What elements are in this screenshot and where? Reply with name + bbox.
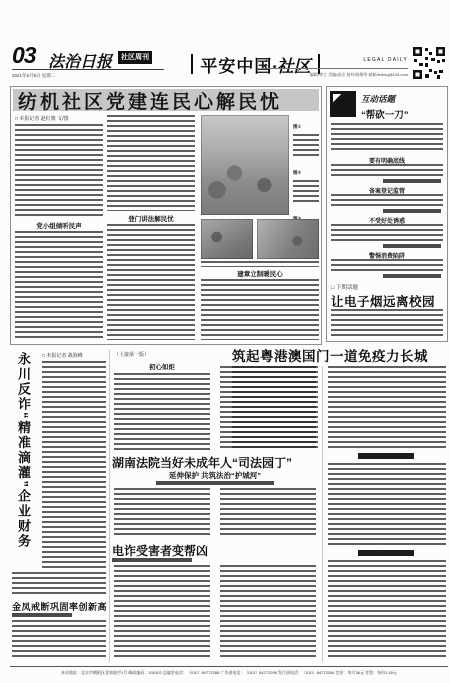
text-block (12, 572, 106, 596)
banner-bar-left-icon (191, 54, 193, 74)
text-block (331, 123, 443, 153)
lead-subhead-2: 登门讲法解民忧 (107, 214, 195, 223)
text-block (114, 488, 210, 536)
text-block (328, 560, 446, 660)
caption-marker-1: 图① (293, 124, 301, 129)
topic-stamp-icon (330, 91, 356, 117)
column-rule (322, 366, 323, 662)
photo-caption: 图① (293, 115, 319, 156)
english-name: LEGAL DAILY (352, 57, 408, 63)
byline-line (12, 613, 72, 617)
guomen-subhead-bar (358, 550, 414, 556)
text-block (107, 115, 195, 211)
guomen-subhead-bar (358, 453, 414, 459)
lead-subhead-1: 党小组倾听民声 (15, 221, 103, 230)
lead-photo-small-1 (201, 219, 253, 259)
dianzha-headline: 电诈受害者变帮凶 (112, 542, 208, 559)
lead-headline-band: 纺机社区党建连民心解民忧 (13, 89, 319, 111)
continuation-subhead: 初心如炬 (114, 362, 210, 371)
lead-photo-small-2 (257, 219, 319, 259)
edition-badge: 社区周刊 (118, 51, 152, 64)
photo-caption-line (201, 261, 319, 267)
yongchuan-byline: □ 本报记者 战海峰 (42, 352, 83, 359)
photo-caption: 图② (293, 161, 319, 202)
lead-photo-large (201, 115, 289, 215)
text-block (331, 259, 443, 272)
editor-line: 编辑/李立 美编/高岳 校对/陈维华 邮箱/fzrbsq@126.com (240, 72, 408, 78)
text-block (328, 463, 446, 547)
guomen-headline: 筑起粤港澳国门一道免疫力长城 (232, 345, 428, 365)
masthead-rule (12, 69, 164, 70)
newspaper-page: 03 法治日报 社区周刊 2021年6月8日 星期二 平安中国 ·社区 LEGA… (0, 0, 450, 683)
hunan-headline: 湖南法院当好未成年人“司法园丁” (112, 454, 292, 471)
text-block (232, 366, 318, 450)
next-topic-label: □ 下期话题 (331, 283, 358, 291)
jinfeng-headline: 金凤戒断巩固率创新高 (12, 600, 107, 613)
text-block (328, 366, 446, 450)
date-line: 2021年6月8日 星期二 (12, 73, 55, 79)
text-block (15, 124, 103, 218)
banner-bar-right-icon (318, 54, 320, 74)
text-block (331, 309, 443, 338)
attribution-line (383, 209, 441, 213)
footer-rule (10, 666, 448, 667)
next-topic-title: 让电子烟远离校园 (331, 292, 435, 310)
yongchuan-headline: 永川反诈“精准滴灌”企业财务 (12, 352, 34, 570)
text-block (293, 180, 319, 202)
editor-rule (262, 68, 408, 69)
attribution-line (383, 244, 441, 248)
text-block (331, 224, 443, 242)
photo-caption-column: 图① 图② 图③ (293, 115, 319, 215)
page-number: 03 (12, 42, 36, 69)
continuation-marker: （上接第一版） (114, 351, 149, 358)
text-block (220, 565, 316, 660)
qr-code-icon (412, 46, 446, 80)
attribution-line (383, 179, 441, 183)
attribution-line (383, 274, 441, 278)
caption-marker-2: 图② (293, 170, 301, 175)
lead-byline: □ 本报记者 赵红旗 文/图 (15, 115, 69, 122)
text-block (42, 361, 106, 568)
hunan-kicker: 延伸保护 共筑法治“护城河” (112, 470, 318, 481)
text-block (220, 488, 316, 536)
text-block (293, 134, 319, 156)
column-rule (109, 350, 110, 662)
lead-subhead-3: 建章立制暖民心 (201, 269, 319, 278)
text-block (107, 224, 195, 340)
text-block (15, 231, 103, 340)
byline-line (156, 481, 274, 485)
byline-line (112, 558, 192, 562)
text-block (331, 194, 443, 207)
topic-title: “帮砍一刀” (361, 107, 409, 121)
lead-headline: 纺机社区党建连民心解民忧 (13, 87, 282, 114)
text-block (114, 373, 210, 450)
text-block (12, 620, 106, 660)
footer-info: 本社地址：北京市朝阳区花家地甲1号 邮政编码：100102 总编室电话：（010… (10, 670, 448, 676)
text-block (201, 279, 319, 340)
topic-box-header: 互动话题 (361, 93, 395, 105)
text-block (114, 565, 210, 660)
text-block (331, 164, 443, 177)
